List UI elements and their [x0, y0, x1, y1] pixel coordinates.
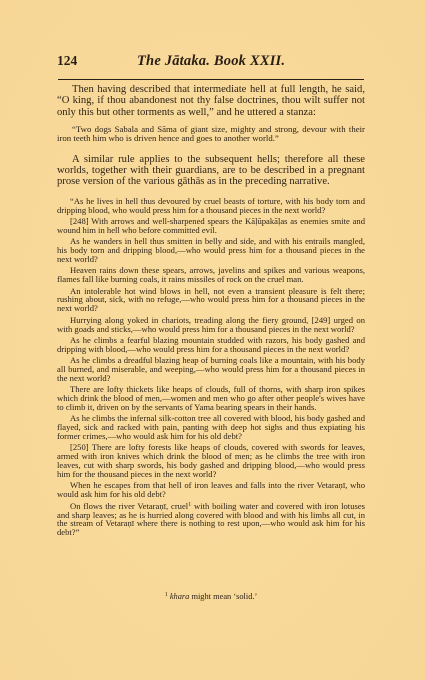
- last-prose-paragraph: On flows the river Vetaraṇī, cruel1 with…: [57, 502, 365, 538]
- rule-paragraph: A similar rule applies to the subsequent…: [57, 154, 365, 188]
- book-page: 124 The Jātaka. Book XXII. Then having d…: [0, 0, 425, 680]
- prose-paragraph: Hurrying along yoked in chariots, treadi…: [57, 316, 365, 334]
- prose-paragraph: [250] There are lofty forests like heaps…: [57, 443, 365, 479]
- running-title: The Jātaka. Book XXII.: [137, 53, 285, 69]
- prose-paragraph: As he wanders in hell thus smitten in be…: [57, 237, 365, 264]
- footnote-term: khara: [170, 592, 190, 601]
- prose-paragraph: As he climbs the infernal silk-cotton tr…: [57, 414, 365, 441]
- page-number: 124: [57, 53, 77, 69]
- header-rule: [58, 79, 364, 80]
- prose-paragraph: When he escapes from that hell of iron l…: [57, 481, 365, 499]
- stanza-quote: “Two dogs Sabala and Sāma of giant size,…: [57, 125, 365, 143]
- prose-paragraph: There are lofty thickets like heaps of c…: [57, 385, 365, 412]
- prose-paragraph: An intolerable hot wind blows in hell, n…: [57, 287, 365, 314]
- footnote-text: might mean ‘solid.’: [189, 592, 257, 601]
- footnote: 1 khara might mean ‘solid.’: [57, 592, 365, 602]
- running-head: 124 The Jātaka. Book XXII.: [57, 53, 367, 69]
- prose-paragraph: As he climbs a dreadful blazing heap of …: [57, 356, 365, 383]
- prose-paragraph: “As he lives in hell thus devoured by cr…: [57, 197, 365, 215]
- prose-paragraph: [248] With arrows and well-sharpened spe…: [57, 217, 365, 235]
- prose-paragraph: As he climbs a fearful blazing mountain …: [57, 336, 365, 354]
- intro-paragraph: Then having described that intermediate …: [57, 84, 365, 118]
- body-text: Then having described that intermediate …: [57, 84, 365, 540]
- footnote-marker: 1: [165, 592, 168, 598]
- prose-paragraph: Heaven rains down these spears, arrows, …: [57, 266, 365, 284]
